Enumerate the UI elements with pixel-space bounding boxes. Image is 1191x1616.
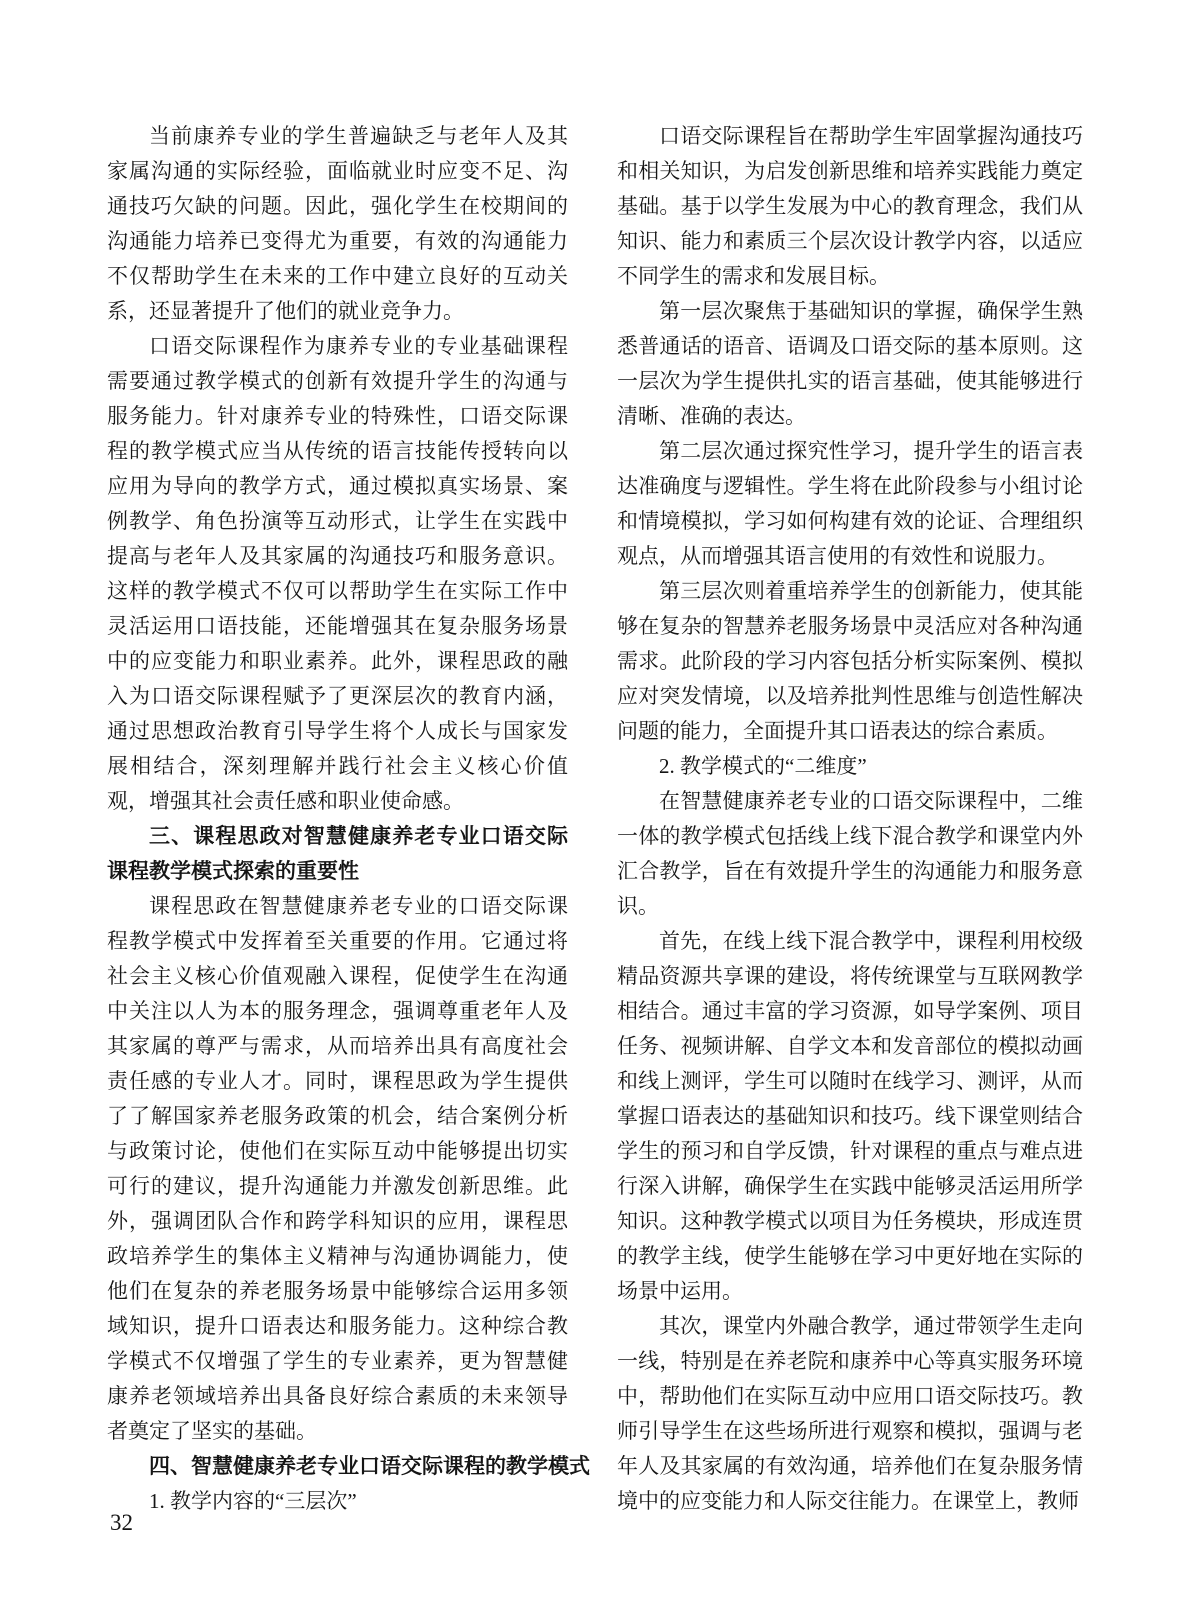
document-page: 当前康养专业的学生普遍缺乏与老年人及其家属沟通的实际经验，面临就业时应变不足、沟…	[0, 0, 1191, 1616]
paragraph: 首先，在线上线下混合教学中，课程利用校级精品资源共享课的建设，将传统课堂与互联网…	[617, 924, 1083, 1309]
paragraph: 其次，课堂内外融合教学，通过带领学生走向一线，特别是在养老院和康养中心等真实服务…	[617, 1309, 1083, 1519]
page-number: 32	[110, 1505, 133, 1540]
subheading-1: 1. 教学内容的“三层次”	[107, 1484, 568, 1519]
paragraph: 当前康养专业的学生普遍缺乏与老年人及其家属沟通的实际经验，面临就业时应变不足、沟…	[107, 119, 568, 329]
section-heading-3: 三、课程思政对智慧健康养老专业口语交际课程教学模式探索的重要性	[107, 819, 568, 889]
subheading-2: 2. 教学模式的“二维度”	[617, 749, 1083, 784]
paragraph: 口语交际课程作为康养专业的专业基础课程需要通过教学模式的创新有效提升学生的沟通与…	[107, 329, 568, 819]
paragraph: 课程思政在智慧健康养老专业的口语交际课程教学模式中发挥着至关重要的作用。它通过将…	[107, 889, 568, 1449]
paragraph: 第二层次通过探究性学习，提升学生的语言表达准确度与逻辑性。学生将在此阶段参与小组…	[617, 434, 1083, 574]
paragraph: 口语交际课程旨在帮助学生牢固掌握沟通技巧和相关知识，为启发创新思维和培养实践能力…	[617, 119, 1083, 294]
paragraph: 第三层次则着重培养学生的创新能力，使其能够在复杂的智慧养老服务场景中灵活应对各种…	[617, 574, 1083, 749]
left-text-column: 当前康养专业的学生普遍缺乏与老年人及其家属沟通的实际经验，面临就业时应变不足、沟…	[107, 119, 568, 1519]
paragraph: 在智慧健康养老专业的口语交际课程中，二维一体的教学模式包括线上线下混合教学和课堂…	[617, 784, 1083, 924]
section-heading-4: 四、智慧健康养老专业口语交际课程的教学模式	[107, 1449, 568, 1484]
right-text-column: 口语交际课程旨在帮助学生牢固掌握沟通技巧和相关知识，为启发创新思维和培养实践能力…	[617, 119, 1083, 1519]
paragraph: 第一层次聚焦于基础知识的掌握，确保学生熟悉普通话的语音、语调及口语交际的基本原则…	[617, 294, 1083, 434]
